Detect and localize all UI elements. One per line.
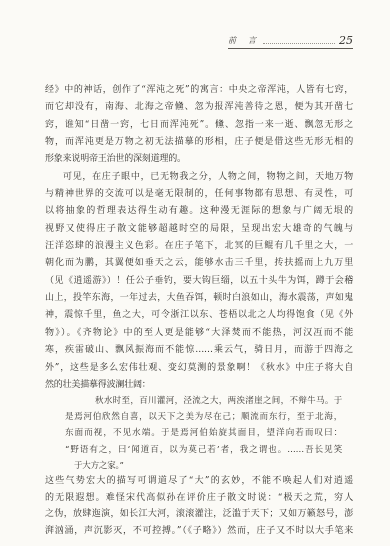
text-line: 这些气势宏大的描写可谓道尽了“大”的玄妙，不能不唤起人们对逍遥	[45, 473, 353, 490]
text-line: 的无限遐想。难怪宋代高似孙在评价庄子散文时说：“极天之荒，穷人	[45, 490, 353, 507]
text-line: 视野又使得庄子散文能够超越时空的局限，呈现出宏大雄奇的气魄与	[45, 221, 353, 238]
text-line: 可见，在庄子眼中，已无物我之分，人物之间，物物之间，天地万物	[45, 169, 353, 186]
scanned-book-page: 前 言 25 经》中的神话，创作了“浑沌之死”的寓言：中央之帝浑沌，人皆有七窍，…	[0, 0, 390, 546]
text-line: 以将抽象的哲理表达得生动有趣。这种漫无涯际的想象与广阔无垠的	[45, 203, 353, 220]
header-rule	[228, 48, 353, 49]
quote-line: 于大方之家。”	[65, 458, 342, 474]
body-text-block: 经》中的神话，创作了“浑沌之死”的寓言：中央之帝浑沌，人皆有七窍， 而它却没有，…	[45, 82, 353, 394]
text-line: 然的壮美描摹得波澜壮阔：	[45, 377, 353, 394]
quote-line: 东面而视，不见水端。于是焉河伯始旋其面目，望洋向若而叹曰：	[65, 425, 342, 441]
text-line: 窍，谁知“日凿一窍，七日而浑沌死”。儵、忽指一来一逝、飘忽无形之	[45, 117, 353, 134]
quote-line: “野语有之，曰‘闻道百，以为莫己若’者，我之谓也。……吾长见笑	[65, 442, 342, 458]
text-line: 寒，疾雷破山、飘风振海而不能惊……乘云气，骑日月，而游于四海之	[45, 342, 353, 359]
running-header-title: 前 言	[228, 35, 258, 48]
page-number: 25	[339, 34, 353, 48]
text-line: 神，震惊千里，鱼之大，可令浙江以东、苍梧以北之人均得饱食（见《外	[45, 307, 353, 324]
text-line: 朝化而为鹏，其翼便如垂天之云，能够水击三千里，抟扶摇而上九万里	[45, 255, 353, 272]
text-line: 与精神世界的交流可以是毫无限制的，任何事物都有思想、有灵性，可	[45, 186, 353, 203]
header-leader-dots	[263, 42, 335, 44]
text-line: 汪洋恣肆的浪漫主义色彩。在庄子笔下，北冥的巨鲲有几千里之大，一	[45, 238, 353, 255]
text-line: 山上，投竿东海，一年过去，大鱼吞饵，顿时白浪如山，海水震荡，声如鬼	[45, 290, 353, 307]
block-quote: 秋水时至，百川灌河，泾流之大，两涘渚崖之间，不辩牛马。于 是焉河伯欣然自喜，以天…	[65, 393, 342, 474]
running-header: 前 言 25	[228, 31, 353, 48]
text-line: 物，而浑沌更是万物之初无法描摹的形相，庄子便是借这些无形无相的	[45, 134, 353, 151]
text-line: （见《逍遥游》）！任公子垂钓，要大钩巨缁，以五十头牛为饵，蹲于会稽	[45, 273, 353, 290]
body-text-block-continued: 这些气势宏大的描写可谓道尽了“大”的玄妙，不能不唤起人们对逍遥 的无限遐想。难怪…	[45, 473, 353, 539]
text-line: 经》中的神话，创作了“浑沌之死”的寓言：中央之帝浑沌，人皆有七窍，	[45, 82, 353, 99]
text-line: 外”，这些是多么宏伟壮观、变幻莫测的景象啊！《秋水》中庄子将大自	[45, 360, 353, 377]
quote-line: 是焉河伯欣然自喜，以天下之美为尽在己；顺流而东行，至于北海，	[65, 409, 342, 425]
quote-line: 秋水时至，百川灌河，泾流之大，两涘渚崖之间，不辩牛马。于	[65, 393, 342, 409]
text-line: 之伪，放肆迤演，如长江大河，滚滚灌注，泛滥于天下；又如万籁怒号，澎	[45, 506, 353, 523]
text-line: 湃汹涌，声沉影灭，不可控搏。”（《子略》）然而，庄子又不时以大手笔来	[45, 523, 353, 540]
text-line: 形象来说明帝王治世的深刻道理的。	[45, 151, 353, 168]
text-line: 而它却没有，南海、北海之帝儵、忽为报浑沌善待之恩，便为其开凿七	[45, 99, 353, 116]
text-line: 物》）。《齐物论》中的至人更是能够“大泽焚而不能热，河汉冱而不能	[45, 325, 353, 342]
